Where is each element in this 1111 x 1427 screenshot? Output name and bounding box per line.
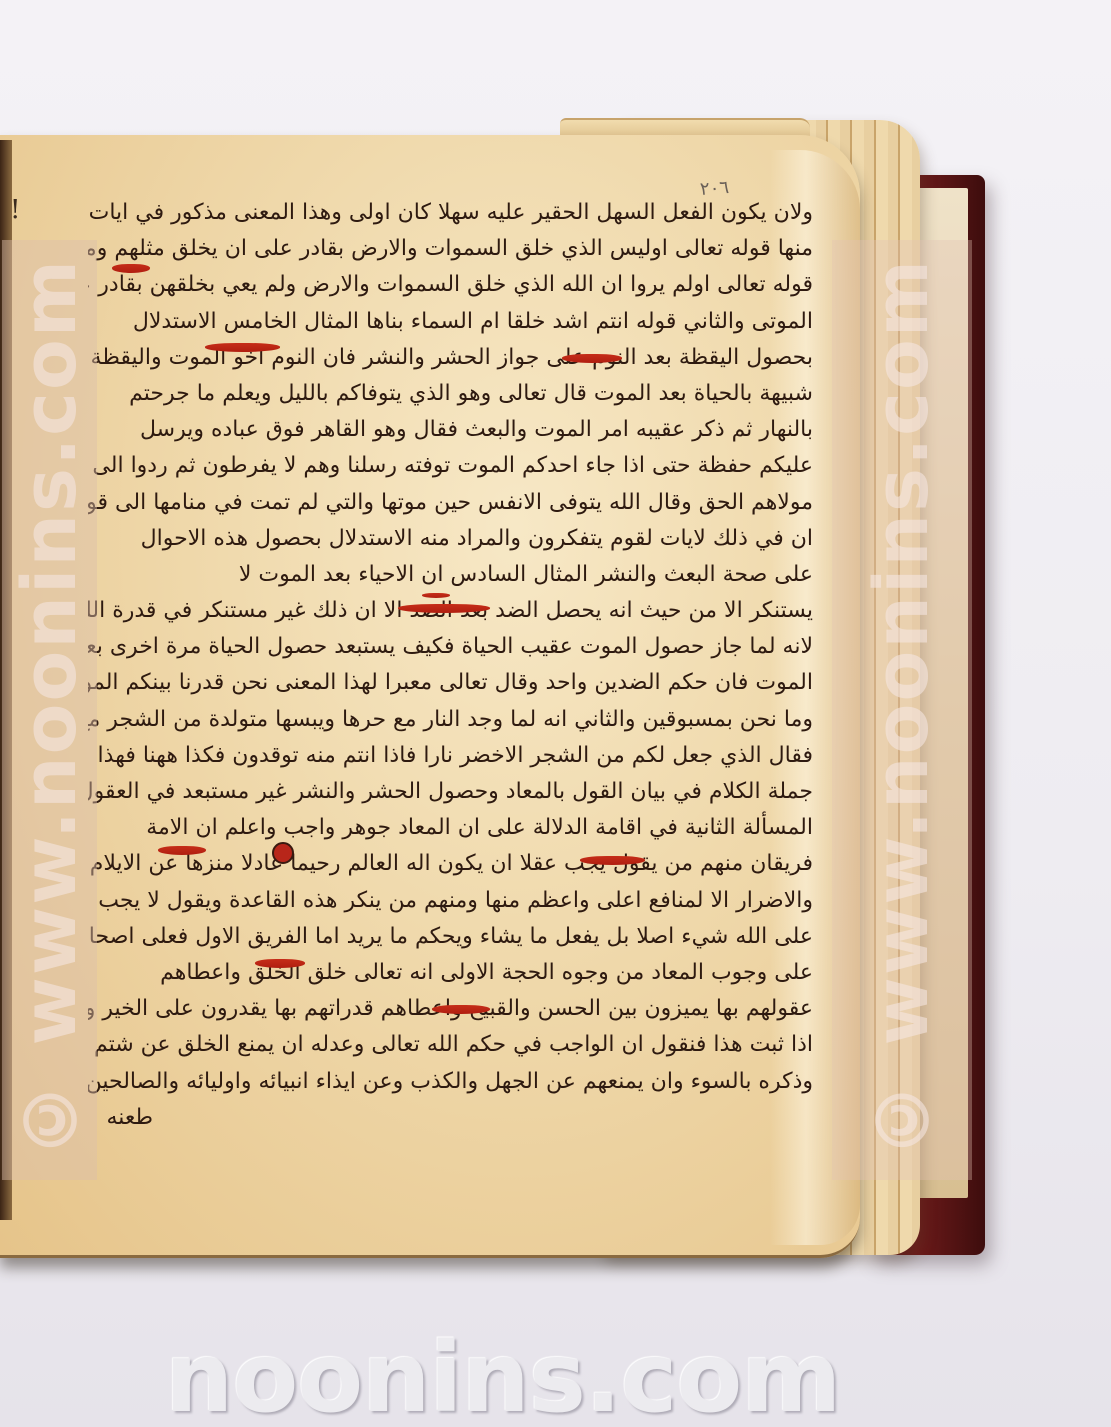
- text-line: الموت فان حكم الضدين واحد وقال تعالى معب…: [88, 665, 813, 701]
- rubric-stroke: [398, 604, 490, 613]
- rubric-verse-marker: [272, 842, 294, 864]
- rubric-stroke: [255, 959, 305, 968]
- watermark-right-text: © www.noonins.com: [859, 258, 945, 1161]
- watermark-bottom: noonins.com: [165, 1322, 785, 1427]
- watermark-left-text: © www.noonins.com: [7, 258, 93, 1161]
- rubric-stroke: [562, 354, 622, 363]
- text-line: فقال الذي جعل لكم من الشجر الاخضر نارا ف…: [88, 738, 813, 774]
- text-line: شبيهة بالحياة بعد الموت قال تعالى وهو ال…: [88, 376, 813, 412]
- text-line: ولان يكون الفعل السهل الحقير عليه سهلا ك…: [88, 195, 813, 231]
- text-line: اذا ثبت هذا فنقول ان الواجب في حكم الله …: [88, 1027, 813, 1063]
- text-line: مولاهم الحق وقال الله يتوفى الانفس حين م…: [88, 485, 813, 521]
- rubric-stroke: [432, 1005, 490, 1014]
- text-line: على صحة البعث والنشر المثال السادس ان ال…: [88, 557, 813, 593]
- manuscript-text-block: ولان يكون الفعل السهل الحقير عليه سهلا ك…: [88, 195, 813, 1136]
- text-line: الموتى والثاني قوله انتم اشد خلقا ام الس…: [88, 304, 813, 340]
- text-line: جملة الكلام في بيان القول بالمعاد وحصول …: [88, 774, 813, 810]
- text-line: على الله شيء اصلا بل يفعل ما يشاء ويحكم …: [88, 919, 813, 955]
- watermark-right: © www.noonins.com: [832, 240, 972, 1180]
- text-line: منها قوله تعالى اوليس الذي خلق السموات و…: [88, 231, 813, 267]
- text-line: والاضرار الا لمنافع اعلى واعظم منها ومنه…: [88, 883, 813, 919]
- text-line: لانه لما جاز حصول الموت عقيب الحياة فكيف…: [88, 629, 813, 665]
- margin-mark: !: [10, 195, 20, 225]
- text-line: بحصول اليقظة بعد النوم على جواز الحشر وا…: [88, 340, 813, 376]
- text-line: بالنهار ثم ذكر عقيبه امر الموت والبعث فق…: [88, 412, 813, 448]
- watermark-left: © www.noonins.com: [2, 240, 97, 1180]
- catchword: طعنه: [93, 1100, 153, 1136]
- text-line: وذكره بالسوء وان يمنعهم عن الجهل والكذب …: [88, 1064, 813, 1100]
- text-line: ان في ذلك لايات لقوم يتفكرون والمراد منه…: [88, 521, 813, 557]
- text-line: قوله تعالى اولم يروا ان الله الذي خلق ال…: [88, 267, 813, 303]
- text-line: المسألة الثانية في اقامة الدلالة على ان …: [88, 810, 813, 846]
- rubric-stroke: [422, 593, 450, 598]
- rubric-stroke: [112, 264, 150, 273]
- rubric-stroke: [158, 846, 206, 855]
- text-line: عليكم حفظة حتى اذا جاء احدكم الموت توفته…: [88, 448, 813, 484]
- rubric-stroke: [205, 343, 280, 352]
- text-line: وما نحن بمسبوقين والثاني انه لما وجد الن…: [88, 702, 813, 738]
- text-line: على وجوب المعاد من وجوه الحجة الاولى انه…: [88, 955, 813, 991]
- rubric-stroke: [580, 856, 645, 865]
